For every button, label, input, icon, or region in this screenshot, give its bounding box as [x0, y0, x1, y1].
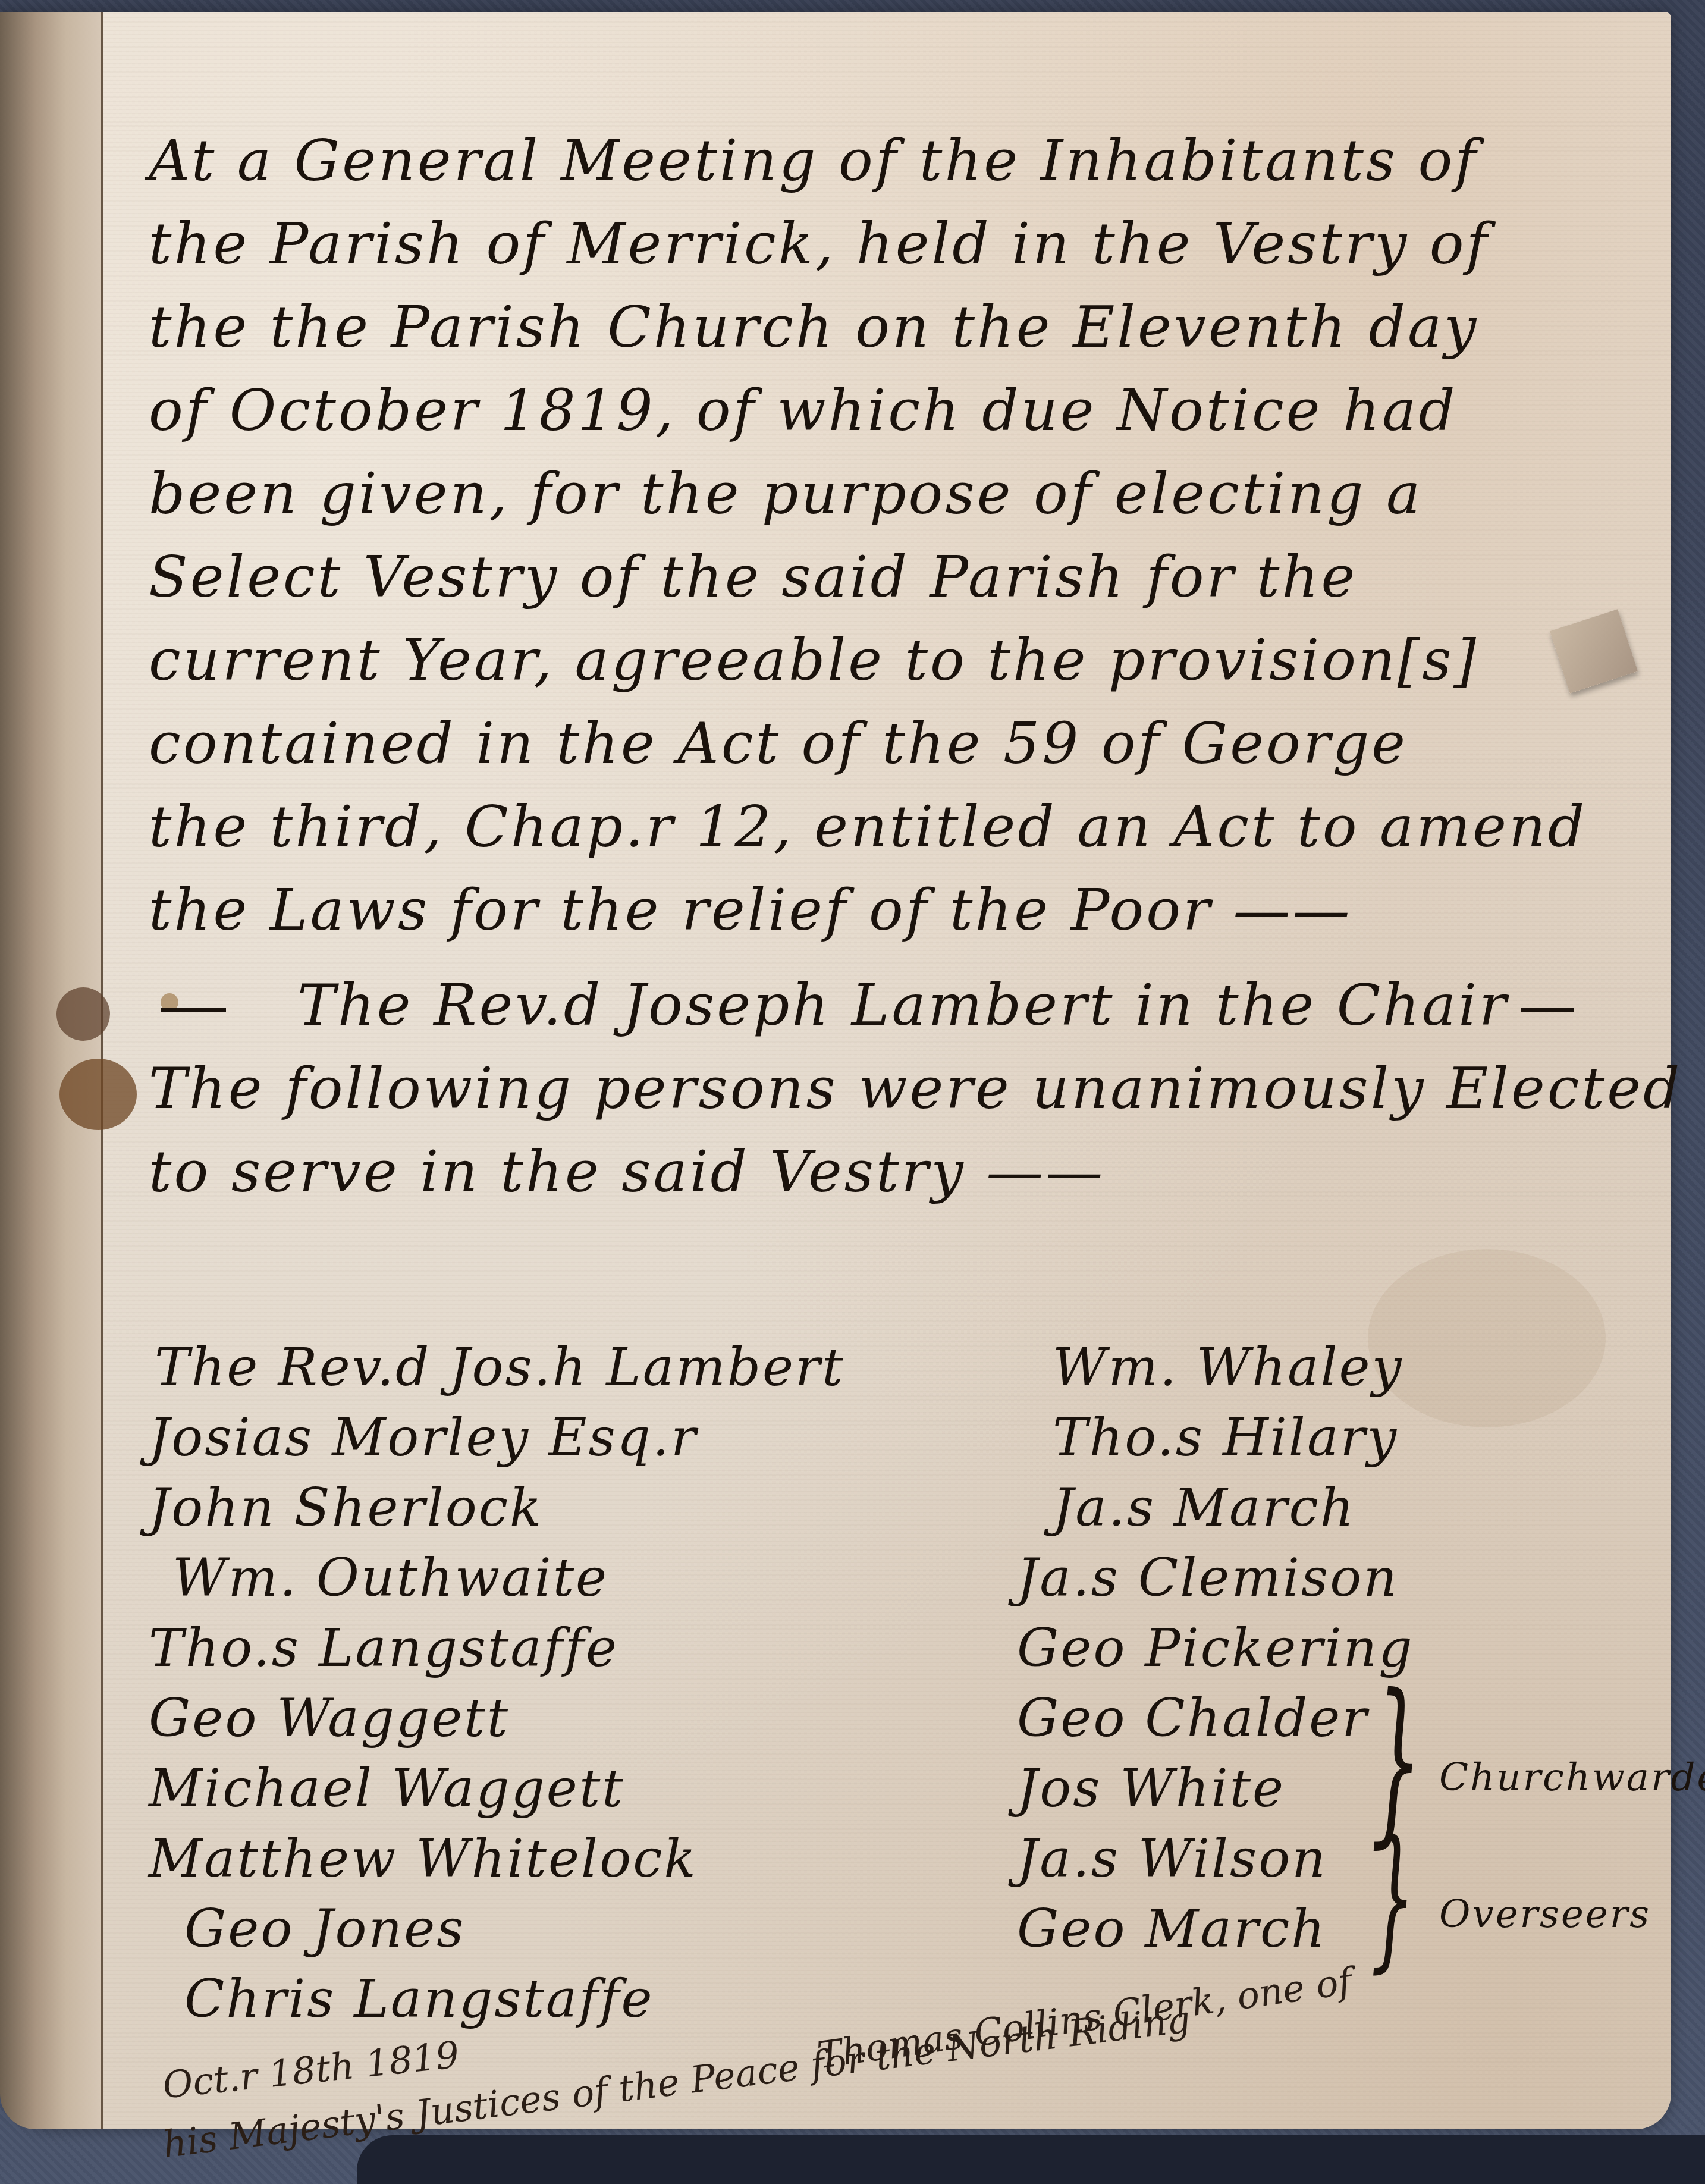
- member-name: Tho.s Hilary: [1017, 1402, 1433, 1473]
- preamble-line: the Laws for the relief of the Poor: [149, 868, 1635, 952]
- member-name: Wm. Outhwaite: [149, 1543, 803, 1613]
- preamble-line: current Year, agreeable to the provision…: [149, 619, 1635, 702]
- dash-mark: [161, 1008, 226, 1012]
- book-binding-edge: [0, 12, 103, 2129]
- overseers-label: Overseers: [1439, 1879, 1651, 1950]
- preamble-line: At a General Meeting of the Inhabitants …: [149, 119, 1635, 202]
- member-name: Ja.s March: [1017, 1473, 1433, 1543]
- preamble-line: of October 1819, of which due Notice had: [149, 369, 1635, 452]
- member-name: Wm. Whaley: [1017, 1332, 1433, 1402]
- chair-line: The Rev.d Joseph Lambert in the Chair: [149, 964, 1635, 1047]
- member-name: Chris Langstaffe: [149, 1964, 803, 2034]
- member-name: Geo Jones: [149, 1894, 803, 1964]
- member-name: Ja.s Clemison: [1017, 1543, 1433, 1613]
- member-name: Josias Morley Esq.r: [149, 1402, 803, 1473]
- dash-mark: [1521, 1008, 1574, 1012]
- member-name: Geo Waggett: [149, 1683, 803, 1753]
- preamble-line: the the Parish Church on the Eleventh da…: [149, 285, 1635, 369]
- preamble-line: the third, Chap.r 12, entitled an Act to…: [149, 785, 1635, 868]
- member-name: Matthew Whitelock: [149, 1824, 803, 1894]
- elected-members-list: The Rev.d Jos.h Lambert Josias Morley Es…: [149, 1332, 1665, 2046]
- preamble-line: contained in the Act of the 59 of George: [149, 702, 1635, 785]
- preamble-line: been given, for the purpose of electing …: [149, 452, 1635, 535]
- preamble-line: the Parish of Merrick, held in the Vestr…: [149, 202, 1635, 285]
- member-name: The Rev.d Jos.h Lambert: [149, 1332, 803, 1402]
- churchwardens-label: Churchwardens: [1439, 1743, 1705, 1813]
- members-left-column: The Rev.d Jos.h Lambert Josias Morley Es…: [149, 1332, 803, 2034]
- election-line: The following persons were unanimously E…: [149, 1047, 1635, 1130]
- torn-bottom-edge: [357, 2135, 1705, 2184]
- meeting-minutes: At a General Meeting of the Inhabitants …: [149, 119, 1635, 1213]
- election-line: to serve in the said Vestry: [149, 1130, 1635, 1213]
- member-name: Michael Waggett: [149, 1753, 803, 1824]
- member-name: John Sherlock: [149, 1473, 803, 1543]
- member-name: Tho.s Langstaffe: [149, 1613, 803, 1683]
- preamble-line: Select Vestry of the said Parish for the: [149, 535, 1635, 619]
- chair-text: The Rev.d Joseph Lambert in the Chair: [297, 972, 1509, 1038]
- overseers-brace-icon: }: [1371, 1820, 1416, 1975]
